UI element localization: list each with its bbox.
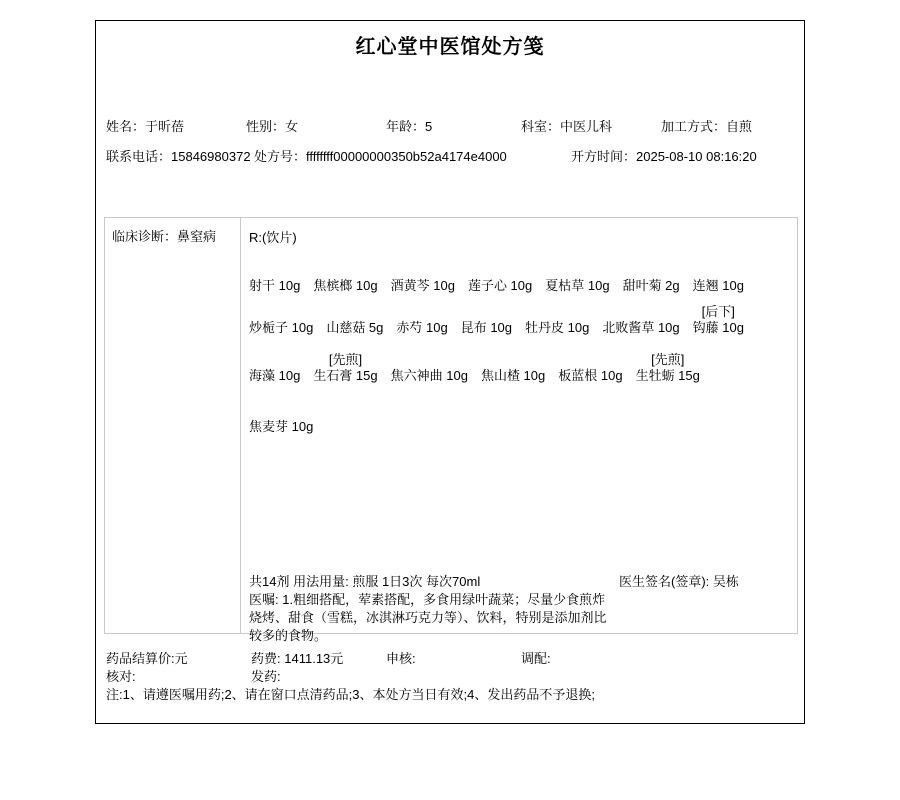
medicine-item: 山慈菇 5g [326,320,383,336]
medicine-name-dose: 海藻 10g [249,368,300,384]
medicine-item: 连翘 10g [693,278,744,294]
diagnosis-cell: 临床诊断：鼻窒病 [105,218,241,633]
gender-field: 性别：女 [246,119,386,135]
medicine-item: [先煎]生石膏 15g [313,352,377,384]
medicine-item: 莲子心 10g [468,278,532,294]
prescription-sheet: 红心堂中医馆处方笺 姓名：于昕蓓 性别：女 年龄：5 科室：中医儿科 加工方式：… [95,20,805,724]
rx-number-value: ffffffff00000000350b52a4174e4000 [306,149,507,164]
check-field: 核对: [106,669,251,685]
medicine-name-dose: 牡丹皮 10g [525,320,589,336]
phone-label: 联系电话： [106,149,171,164]
total-doses: 共14剂 [249,574,289,589]
dispense-field: 调配: [521,651,800,667]
medicine-name-dose: 山慈菇 5g [326,320,383,336]
prescription-table: 临床诊断：鼻窒病 R:(饮片) 射干 10g焦槟榔 10g酒黄芩 10g莲子心 … [104,217,798,634]
medicine-item: 海藻 10g [249,368,300,384]
medicine-name-dose: 焦六神曲 10g [391,368,468,384]
medicine-name-dose: 生牡蛎 15g [636,368,700,384]
medicine-name-dose: 连翘 10g [693,278,744,294]
department-field: 科室：中医儿科 [521,119,661,135]
medicine-name-dose: 炒栀子 10g [249,320,313,336]
doctor-signature-label: 医生签名(签章): [619,574,709,589]
usage-label: 用法用量: [293,574,349,589]
age-label: 年龄： [386,119,425,134]
patient-info-row: 姓名：于昕蓓 性别：女 年龄：5 科室：中医儿科 加工方式：自煎 [106,119,800,135]
medicine-item: 焦山楂 10g [481,368,545,384]
department-label: 科室： [521,119,560,134]
fee-field: 药费: 1411.13元 [251,651,386,667]
rx-form-header: R:(饮片) [249,230,789,246]
medicine-item: [后下]钩藤 10g [693,304,744,336]
medicine-name-dose: 夏枯草 10g [545,278,609,294]
medicine-row: 射干 10g焦槟榔 10g酒黄芩 10g莲子心 10g夏枯草 10g甜叶菊 2g… [249,278,789,294]
medicine-item: 昆布 10g [461,320,512,336]
medicine-name-dose: 焦山楂 10g [481,368,545,384]
phone-value: 15846980372 [171,149,251,164]
medicine-item: 板蓝根 10g [558,368,622,384]
medicine-name-dose: 钩藤 10g [693,320,744,336]
medicine-item: 北败酱草 10g [602,320,679,336]
issue-field: 发药: [251,669,800,685]
medicine-item: 焦六神曲 10g [391,368,468,384]
medicine-name-dose: 莲子心 10g [468,278,532,294]
usage-line: 共14剂 用法用量: 煎服 1日3次 每次70ml 医生签名(签章): 吴栋 [249,573,815,591]
medicine-list: 射干 10g焦槟榔 10g酒黄芩 10g莲子心 10g夏枯草 10g甜叶菊 2g… [249,278,789,435]
gender-label: 性别： [246,119,285,134]
fee-label: 药费: [251,651,281,666]
contact-info-row: 联系电话：15846980372 处方号：ffffffff00000000350… [106,149,800,165]
department-value: 中医儿科 [560,119,612,134]
decoction-note: [后下] [693,304,744,320]
rx-number-label: 处方号： [254,149,306,164]
review-field: 申核: [386,651,521,667]
medicine-row: 焦麦芽 10g [249,419,789,435]
rx-time-label: 开方时间： [571,149,636,164]
medicine-name-dose: 生石膏 15g [313,368,377,384]
rx-number-field: 处方号：ffffffff00000000350b52a4174e4000 [254,149,571,165]
medicine-item: 炒栀子 10g [249,320,313,336]
medicine-name-dose: 甜叶菊 2g [623,278,680,294]
medicine-name-dose: 焦槟榔 10g [313,278,377,294]
decoction-note: [先煎] [636,352,700,368]
medical-advice: 医嘱: 1.粗细搭配，荤素搭配，多食用绿叶蔬菜；尽量少食煎炸烧烤、甜食（雪糕，冰… [249,591,617,645]
age-field: 年龄：5 [386,119,521,135]
diagnosis-label: 临床诊断： [112,229,177,244]
gender-value: 女 [285,119,298,134]
usage-value: 煎服 1日3次 每次70ml [352,574,480,589]
medicine-item: 夏枯草 10g [545,278,609,294]
medicine-name-dose: 昆布 10g [461,320,512,336]
medicine-name-dose: 射干 10g [249,278,300,294]
doctor-name: 吴栋 [713,574,739,589]
settle-price-label: 药品结算价: [106,651,175,666]
fee-value: 1411.13元 [284,651,343,666]
doctor-signature: 医生签名(签章): 吴栋 [619,573,739,591]
medicine-row: 炒栀子 10g山慈菇 5g赤芍 10g昆布 10g牡丹皮 10g北败酱草 10g… [249,304,789,336]
medicine-item: 焦槟榔 10g [313,278,377,294]
diagnosis-value: 鼻窒病 [177,229,216,244]
medicine-name-dose: 焦麦芽 10g [249,419,313,435]
medicine-name-dose: 酒黄芩 10g [391,278,455,294]
medicine-row: 海藻 10g[先煎]生石膏 15g焦六神曲 10g焦山楂 10g板蓝根 10g[… [249,352,789,384]
settle-price-unit: 元 [175,651,188,666]
medicine-name-dose: 北败酱草 10g [602,320,679,336]
medicine-item: 甜叶菊 2g [623,278,680,294]
name-label: 姓名： [106,119,145,134]
patient-name-field: 姓名：于昕蓓 [106,119,246,135]
settlement-row-2: 核对: 发药: [106,669,800,685]
phone-field: 联系电话：15846980372 [106,149,254,165]
medicine-item: 焦麦芽 10g [249,419,313,435]
settle-price-field: 药品结算价:元 [106,651,251,667]
decoction-note: [先煎] [313,352,377,368]
processing-field: 加工方式：自煎 [661,119,800,135]
prescription-cell: R:(饮片) 射干 10g焦槟榔 10g酒黄芩 10g莲子心 10g夏枯草 10… [241,218,797,633]
rx-footer: 共14剂 用法用量: 煎服 1日3次 每次70ml 医生签名(签章): 吴栋 医… [249,573,815,645]
medicine-item: 射干 10g [249,278,300,294]
medicine-item: 牡丹皮 10g [525,320,589,336]
medicine-item: 酒黄芩 10g [391,278,455,294]
settlement-row-1: 药品结算价:元 药费: 1411.13元 申核: 调配: [106,651,800,667]
medicine-item: [先煎]生牡蛎 15g [636,352,700,384]
clinic-title: 红心堂中医馆处方笺 [96,36,804,58]
footnote: 注:1、请遵医嘱用药;2、请在窗口点清药品;3、本处方当日有效;4、发出药品不予… [106,687,800,703]
patient-name: 于昕蓓 [145,119,184,134]
processing-label: 加工方式： [661,119,726,134]
medicine-item: 赤芍 10g [396,320,447,336]
rx-time-field: 开方时间：2025-08-10 08:16:20 [571,149,800,165]
medicine-name-dose: 板蓝根 10g [558,368,622,384]
age-value: 5 [425,119,432,134]
processing-value: 自煎 [726,119,752,134]
medicine-name-dose: 赤芍 10g [396,320,447,336]
rx-time-value: 2025-08-10 08:16:20 [636,149,757,164]
